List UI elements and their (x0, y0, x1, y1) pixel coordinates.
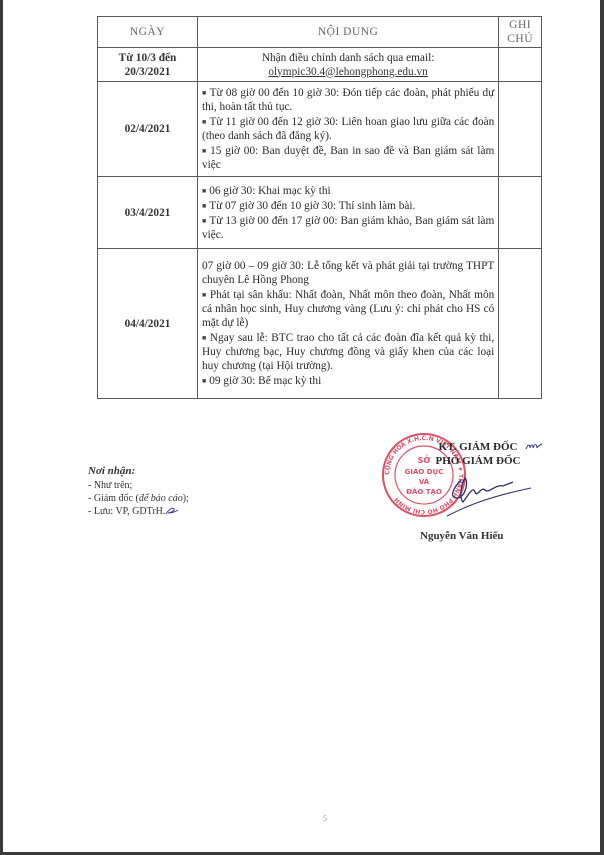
signature-line2: PHÓ GIÁM ĐỐC (413, 454, 543, 468)
table-row: 04/4/2021 07 giờ 00 – 09 giờ 30: Lễ tổng… (98, 249, 542, 399)
bullet-icon: ■ (202, 217, 206, 225)
svg-text:GIÁO DỤC: GIÁO DỤC (405, 467, 444, 476)
schedule-table: NGÀY NỘI DUNG GHI CHÚ Từ 10/3 đến 20/3/2… (97, 16, 542, 399)
handwritten-initial-icon (525, 441, 543, 451)
email-intro: Nhận điều chỉnh danh sách qua email: (202, 51, 494, 65)
row-note (499, 48, 542, 82)
bullet-icon: ■ (202, 334, 207, 342)
schedule-item: ■Ngay sau lễ: BTC trao cho tất cả các đo… (202, 331, 494, 373)
schedule-item: ■Từ 13 giờ 00 đến 17 giờ 00: Ban giám kh… (202, 214, 494, 242)
row-content: 07 giờ 00 – 09 giờ 30: Lễ tổng kết và ph… (197, 249, 498, 399)
signature-title-block: KT. GIÁM ĐỐC PHÓ GIÁM ĐỐC (413, 440, 543, 468)
bullet-icon: ■ (202, 187, 206, 195)
svg-text:ĐÀO TẠO: ĐÀO TẠO (406, 487, 442, 496)
header-content: NỘI DUNG (197, 17, 498, 48)
table-row: 03/4/2021 ■06 giờ 30: Khai mạc kỳ thi ■T… (98, 177, 542, 249)
row-date: Từ 10/3 đến 20/3/2021 (98, 48, 198, 82)
table-header-row: NGÀY NỘI DUNG GHI CHÚ (98, 17, 542, 48)
row-content: ■06 giờ 30: Khai mạc kỳ thi ■Từ 07 giờ 3… (197, 177, 498, 249)
schedule-item: ■Từ 07 giờ 30 đến 10 giờ 30: Thí sinh là… (202, 199, 494, 213)
recipients-block: Nơi nhận: - Như trên; - Giám đốc (để báo… (88, 465, 189, 518)
handwritten-signature-icon (443, 468, 533, 518)
signature-line1: KT. GIÁM ĐỐC (413, 440, 543, 454)
bullet-icon: ■ (202, 291, 207, 299)
schedule-item: ■Từ 08 giờ 00 đến 10 giờ 30: Đón tiếp cá… (202, 86, 494, 114)
row-content: ■Từ 08 giờ 00 đến 10 giờ 30: Đón tiếp cá… (197, 82, 498, 177)
bullet-icon: ■ (202, 377, 206, 385)
schedule-item: ■Phát tại sân khấu: Nhất đoàn, Nhất môn … (202, 288, 494, 330)
bullet-icon: ■ (202, 202, 206, 210)
header-date: NGÀY (98, 17, 198, 48)
row-content: Nhận điều chỉnh danh sách qua email: oly… (197, 48, 498, 82)
row-note (499, 82, 542, 177)
row-date: 02/4/2021 (98, 82, 198, 177)
signer-name: Nguyễn Văn Hiếu (420, 530, 504, 542)
bullet-icon: ■ (202, 89, 207, 97)
header-note: GHI CHÚ (499, 17, 542, 48)
row-date: 03/4/2021 (98, 177, 198, 249)
bullet-icon: ■ (202, 118, 207, 126)
svg-text:VÀ: VÀ (419, 477, 430, 486)
bullet-icon: ■ (202, 147, 207, 155)
row-note (499, 249, 542, 399)
recipients-title: Nơi nhận: (88, 465, 189, 478)
recipient-item: - Lưu: VP, GDTrH. (88, 505, 189, 518)
handwritten-initial-icon (165, 507, 179, 515)
recipient-item: - Như trên; (88, 479, 189, 492)
row-note (499, 177, 542, 249)
schedule-item: ■Từ 11 giờ 00 đến 12 giờ 30: Liên hoan g… (202, 115, 494, 143)
schedule-item: ■15 giờ 00: Ban duyệt đề, Ban in sao đề … (202, 144, 494, 172)
table-row: 02/4/2021 ■Từ 08 giờ 00 đến 10 giờ 30: Đ… (98, 82, 542, 177)
schedule-item: ■09 giờ 30: Bế mạc kỳ thi (202, 374, 494, 388)
page-number: 5 (323, 814, 327, 823)
row-date: 04/4/2021 (98, 249, 198, 399)
document-page: NGÀY NỘI DUNG GHI CHÚ Từ 10/3 đến 20/3/2… (3, 0, 600, 852)
schedule-item: ■06 giờ 30: Khai mạc kỳ thi (202, 184, 494, 198)
email-link[interactable]: olympic30.4@lehongphong.edu.vn (202, 65, 494, 79)
table-row: Từ 10/3 đến 20/3/2021 Nhận điều chỉnh da… (98, 48, 542, 82)
recipient-item: - Giám đốc (để báo cáo); (88, 492, 189, 505)
schedule-lead: 07 giờ 00 – 09 giờ 30: Lễ tổng kết và ph… (202, 259, 494, 287)
